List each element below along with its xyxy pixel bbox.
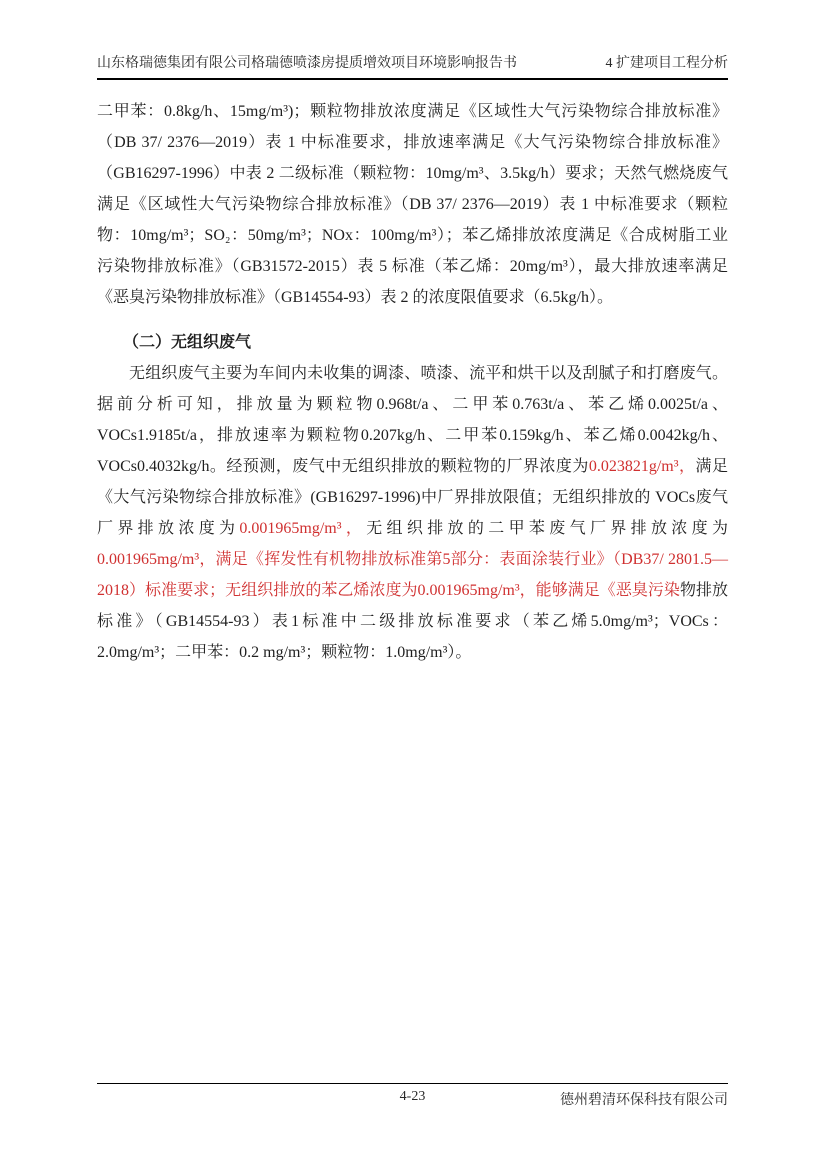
- paragraph-unorganized-waste-gas: 无组织废气主要为车间内未收集的调漆、喷漆、流平和烘干以及刮腻子和打磨废气。据前分…: [97, 358, 728, 668]
- footer-company-name: 德州碧清环保科技有限公司: [560, 1089, 728, 1109]
- page-footer: 4-23 德州碧清环保科技有限公司: [97, 1083, 728, 1114]
- header-chapter-title: 4 扩建项目工程分析: [606, 54, 729, 74]
- header-report-title: 山东格瑞德集团有限公司格瑞德喷漆房提质增效项目环境影响报告书: [97, 54, 517, 74]
- document-body: 二甲苯：0.8kg/h、15mg/m³)；颗粒物排放浓度满足《区域性大气污染物综…: [97, 96, 728, 668]
- page-header: 山东格瑞德集团有限公司格瑞德喷漆房提质增效项目环境影响报告书 4 扩建项目工程分…: [97, 54, 728, 80]
- section-heading-unorganized-waste-gas: （二）无组织废气: [97, 327, 728, 358]
- document-page: 山东格瑞德集团有限公司格瑞德喷漆房提质增效项目环境影响报告书 4 扩建项目工程分…: [0, 0, 827, 1169]
- paragraph-organized-waste-gas: 二甲苯：0.8kg/h、15mg/m³)；颗粒物排放浓度满足《区域性大气污染物综…: [97, 96, 728, 313]
